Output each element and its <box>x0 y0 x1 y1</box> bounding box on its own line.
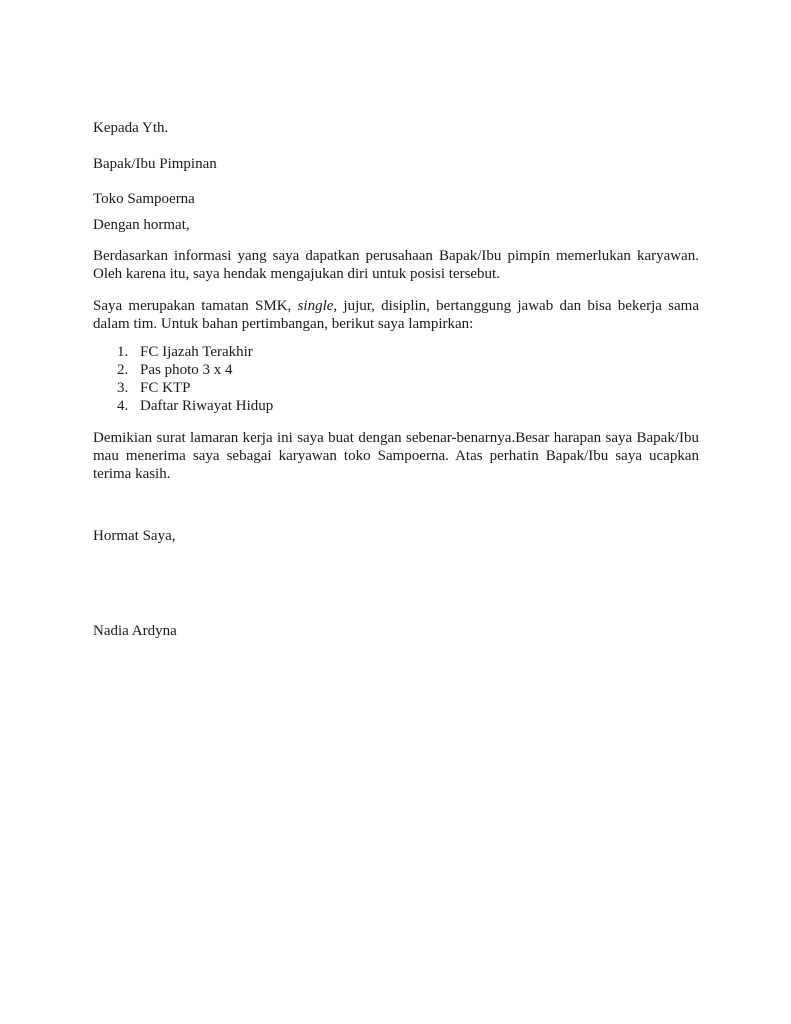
list-item-text: FC Ijazah Terakhir <box>140 343 253 361</box>
paragraph-intro: Berdasarkan informasi yang saya dapatkan… <box>93 247 699 283</box>
closing: Hormat Saya, <box>93 527 175 545</box>
list-item-text: FC KTP <box>140 379 190 397</box>
list-item-number: 2. <box>117 361 128 379</box>
greeting: Dengan hormat, <box>93 216 190 234</box>
list-item-text: Pas photo 3 x 4 <box>140 361 233 379</box>
recipient-company: Toko Sampoerna <box>93 190 195 208</box>
qualifications-text-start: Saya merupakan tamatan SMK, <box>93 298 298 314</box>
paragraph-closing: Demikian surat lamaran kerja ini saya bu… <box>93 429 699 483</box>
paragraph-qualifications: Saya merupakan tamatan SMK, single, juju… <box>93 297 699 333</box>
list-item-number: 3. <box>117 379 128 397</box>
list-item-text: Daftar Riwayat Hidup <box>140 397 273 415</box>
qualifications-italic-word: single <box>298 298 334 314</box>
recipient-salutation: Kepada Yth. <box>93 119 168 137</box>
signature-name: Nadia Ardyna <box>93 622 177 640</box>
recipient-title: Bapak/Ibu Pimpinan <box>93 155 217 173</box>
list-item-number: 1. <box>117 343 128 361</box>
list-item-number: 4. <box>117 397 128 415</box>
